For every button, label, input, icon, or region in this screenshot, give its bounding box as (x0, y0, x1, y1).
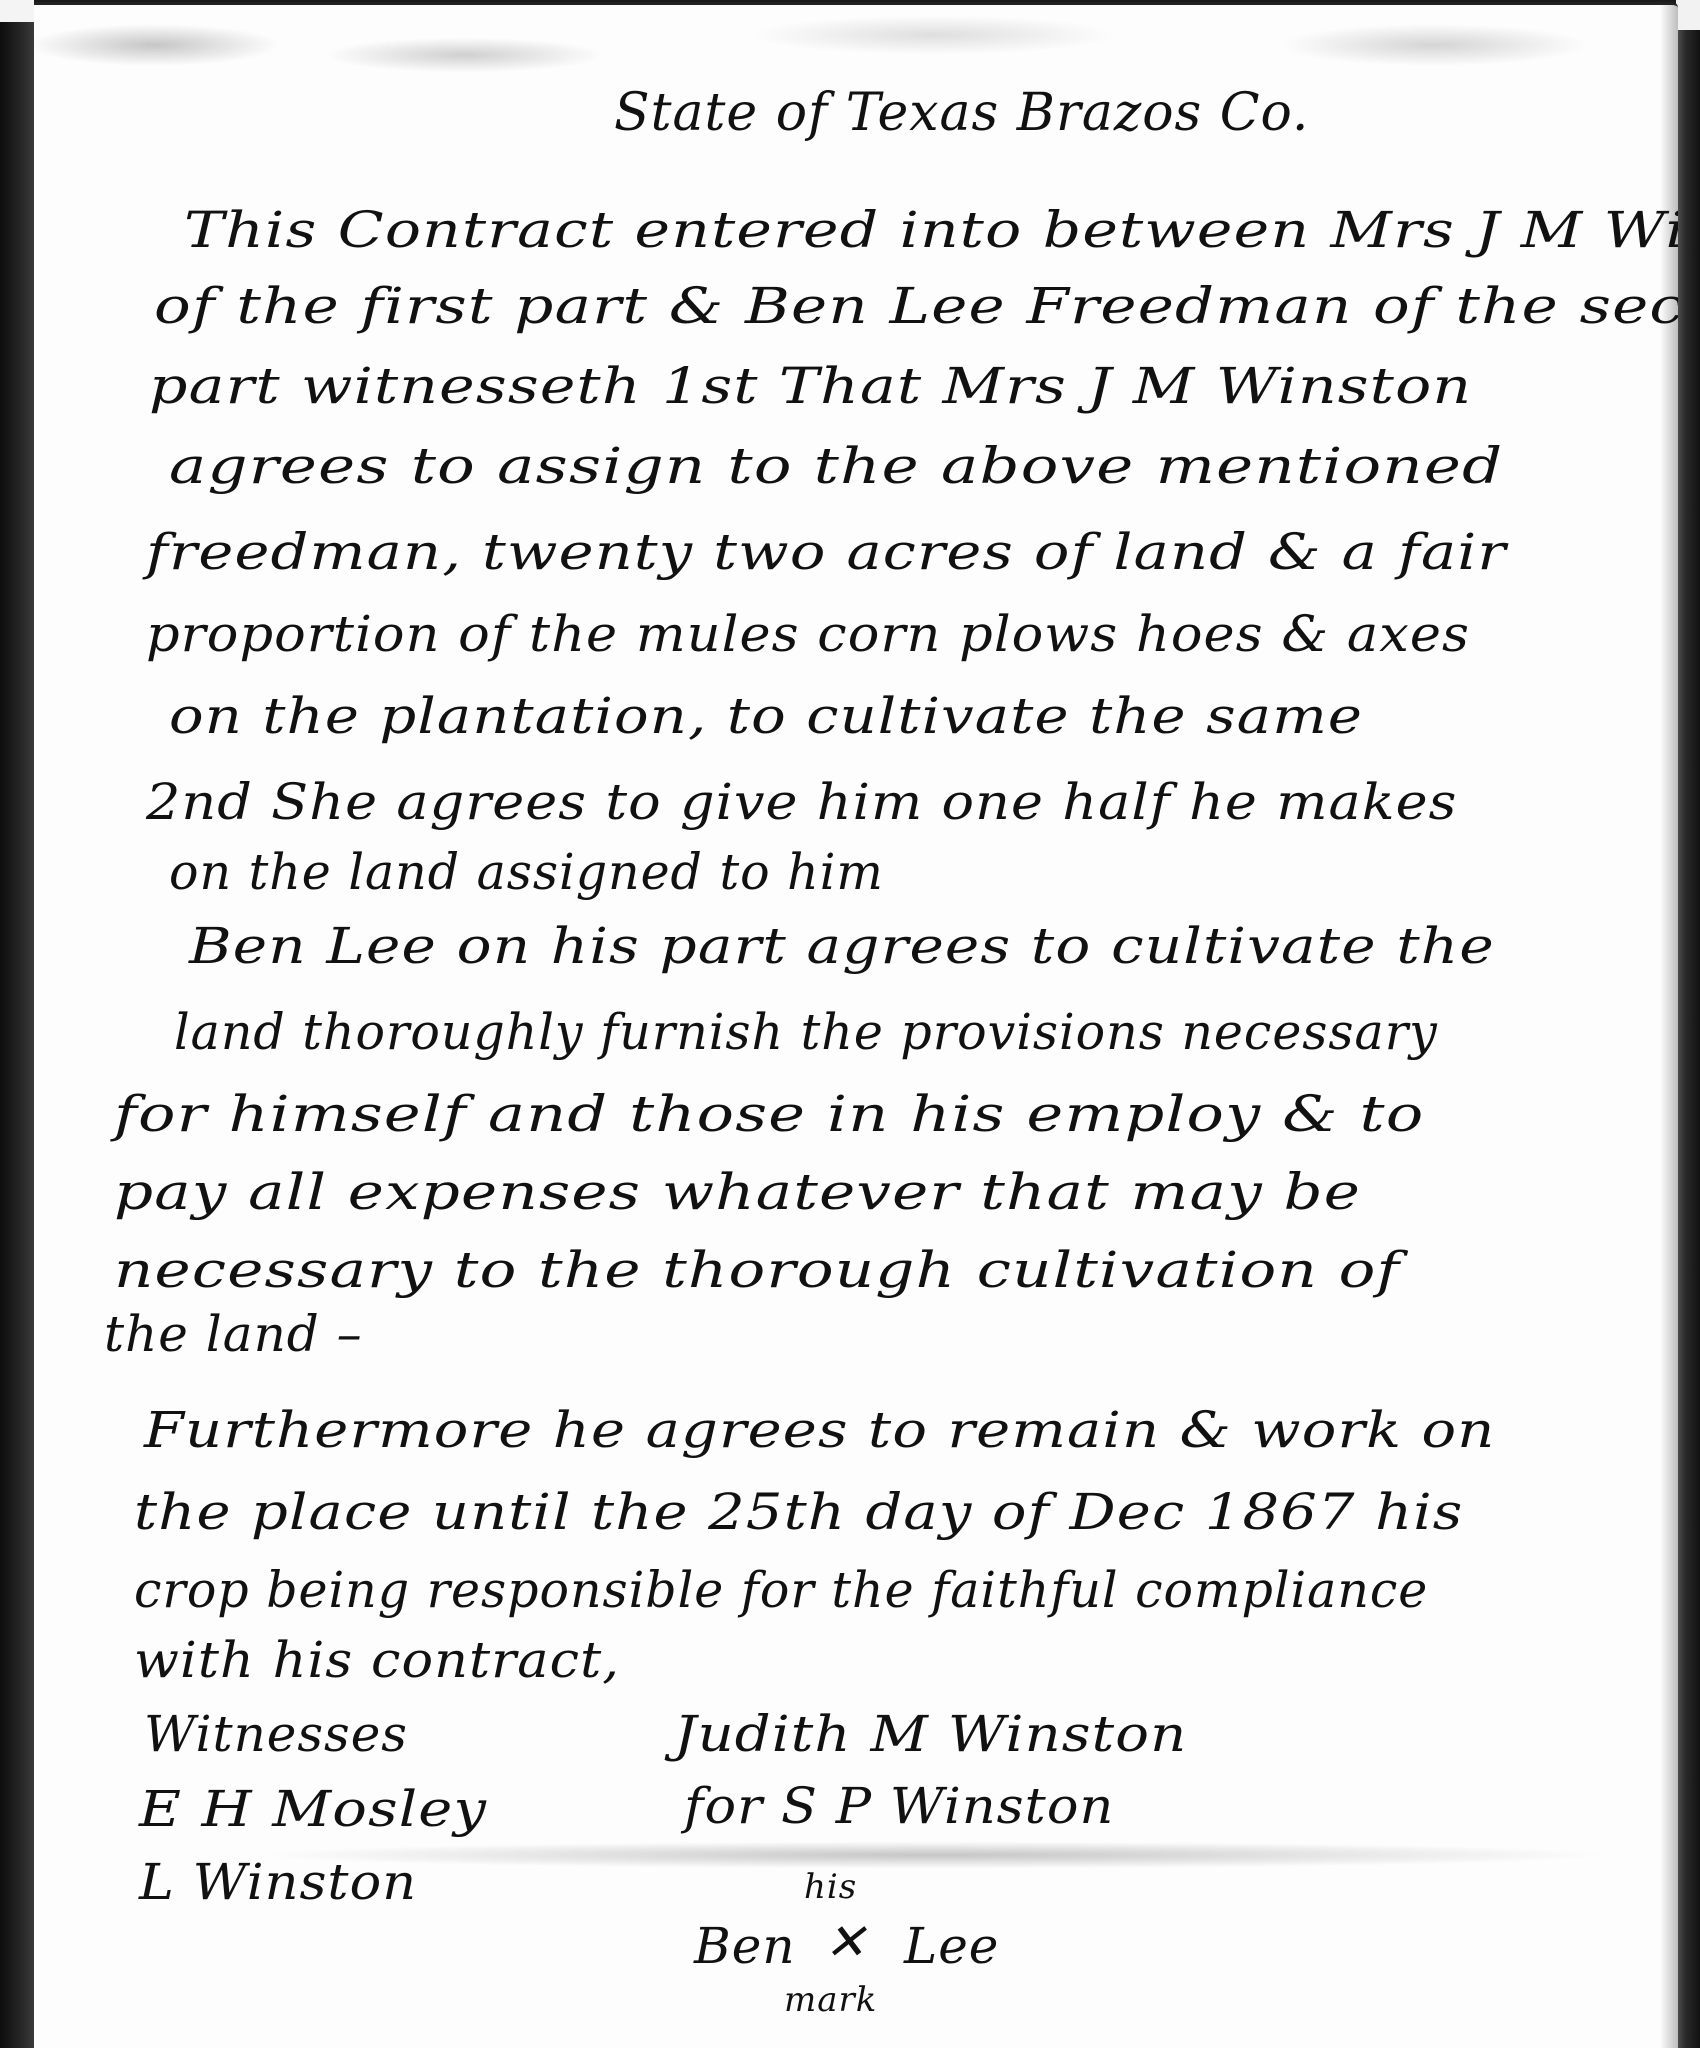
body-line: for himself and those in his employ & to (114, 1085, 1424, 1143)
body-line: of the first part & Ben Lee Freedman of … (154, 277, 1678, 335)
body-line: land thoroughly furnish the provisions n… (174, 1003, 1438, 1061)
signature-on-behalf: for S P Winston (684, 1777, 1114, 1835)
mark-label-his: his (804, 1867, 857, 1907)
witness-signature: E H Mosley (139, 1780, 487, 1838)
body-line: proportion of the mules corn plows hoes … (146, 605, 1470, 663)
body-line: part witnesseth 1st That Mrs J M Winston (149, 357, 1472, 415)
scan-border-left (0, 22, 34, 2048)
body-line: the place until the 25th day of Dec 1867… (134, 1483, 1463, 1541)
scan-edge (0, 0, 34, 24)
body-line: crop being responsible for the faithful … (134, 1561, 1428, 1619)
scan-border-right (1676, 30, 1700, 2048)
body-line: with his contract, (134, 1631, 620, 1689)
witness-signature: L Winston (139, 1853, 417, 1911)
mark-signer-last: Lee (904, 1917, 999, 1975)
body-line: on the land assigned to him (169, 843, 884, 901)
document-page: State of Texas Brazos Co. This Contract … (34, 2, 1678, 2048)
body-line: Ben Lee on his part agrees to cultivate … (189, 917, 1495, 975)
body-line: necessary to the thorough cultivation of (114, 1241, 1400, 1299)
body-line: 2nd She agrees to give him one half he m… (146, 773, 1457, 831)
signature-primary: Judith M Winston (674, 1705, 1187, 1763)
mark-label-mark: mark (784, 1980, 877, 2020)
scan-edge (1676, 0, 1700, 32)
body-line: pay all expenses whatever that may be (114, 1163, 1361, 1221)
body-line: the land – (104, 1305, 363, 1363)
x-mark-icon: ✕ (824, 1913, 867, 1971)
body-line: agrees to assign to the above mentioned (169, 437, 1503, 495)
mark-signer-first: Ben (694, 1917, 796, 1975)
body-line: freedman, twenty two acres of land & a f… (146, 523, 1507, 581)
witnesses-label: Witnesses (144, 1705, 408, 1763)
body-line: on the plantation, to cultivate the same (169, 687, 1363, 745)
body-line: Furthermore he agrees to remain & work o… (144, 1401, 1496, 1459)
document-heading: State of Texas Brazos Co. (614, 83, 1309, 143)
body-line: This Contract entered into between Mrs J… (184, 201, 1678, 259)
